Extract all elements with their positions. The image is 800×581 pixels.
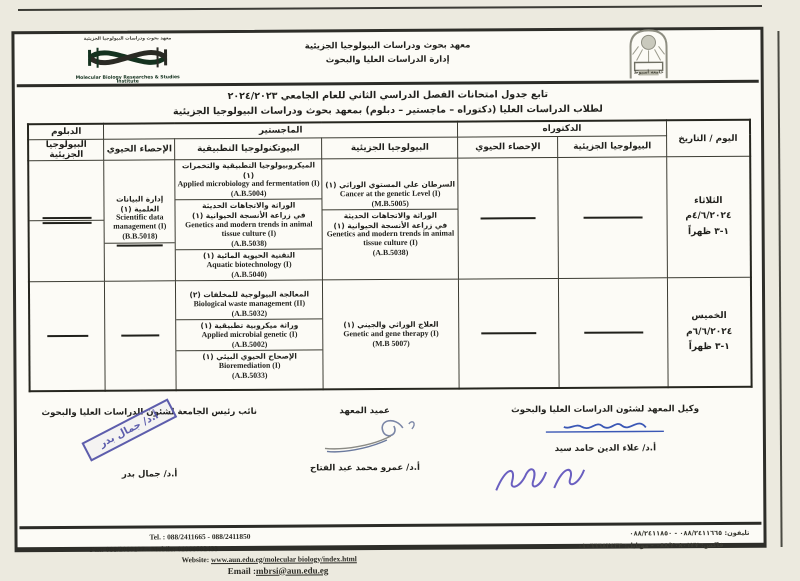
document-header: معهد بحوث ودراسات البيولوجيا الجزيئية Mo… [14, 30, 760, 85]
schedule-title: تابع جدول امتحانات الفصل الدراسي الثاني … [15, 87, 761, 121]
course-applied-microbial-genetic: وراثة ميكروبية تطبيقية (١) Applied micro… [176, 320, 322, 352]
course-genetics-modern-trends: الوراثة والاتجاهات الحديثة في زراعة الأن… [176, 200, 323, 250]
contact-arabic: تليفون: ٠٨٨/٢٤١١٦٦٥ - ٠٨٨/٢٤١١٨٥٠ فاكس: … [448, 528, 750, 554]
contact-footer: Tel. : 088/2411665 - 088/2411850 Fax: 08… [17, 525, 763, 579]
email-line: Email :mbrsi@aun.edu.eg [228, 563, 449, 578]
header-phd-molecular: البيولوجيا الجزيئية [558, 136, 666, 158]
table-row-thursday: الخميس ٦/٦/٢٠٢٤م ١-٣ ظهراً العلاج الوراث… [29, 277, 752, 391]
title-line2: لطلاب الدراسات العليا (دكتوراه – ماجستير… [15, 101, 761, 120]
cell-tue-phd-molecular-empty [558, 157, 667, 279]
empty-dash [481, 217, 536, 219]
course-genetics-modern-trends: الوراثة والاتجاهات الحديثة في زراعة الأن… [323, 210, 458, 259]
header-msc-molecular: البيولوجيا الجزيئية [322, 137, 458, 159]
cell-tue-phd-biostat-empty [458, 157, 559, 279]
website-link: www.aun.edu.eg/molecular biology/index.h… [211, 554, 357, 564]
empty-dash [583, 216, 642, 218]
cell-thu-phd-biostat-empty [459, 278, 560, 389]
header-day-date: اليوم / التاريخ [666, 120, 750, 157]
signature-vice-president: نائب رئيس الجامعة لشئون الدراسات العليا … [31, 407, 269, 520]
vice-dean-title: وكيل المعهد لشئون الدراسات العليا والبحو… [462, 404, 749, 416]
vp-name: أ.د/ جمال بدر [31, 469, 268, 480]
course-cancer-genetic-level: السرطان علي المستوي الوراثي (١) Cancer a… [323, 179, 458, 211]
cell-tue-msc-applied-biotech: الميكروبيولوجيا التطبيقية والتخمرات (١) … [175, 159, 323, 281]
signatures-section: وكيل المعهد لشئون الدراسات العليا والبحو… [31, 404, 750, 520]
empty-dash [482, 332, 537, 334]
dean-signature-icon [313, 416, 417, 463]
course-scientific-data-management: إدارة البيانات العلمية (١) Scientific da… [105, 193, 175, 243]
exam-schedule-table-wrap: اليوم / التاريخ الدكتوراه الماجستير الدب… [27, 119, 753, 392]
signature-dean: عميد المعهد أ.د/ عمرو محمد عبد الفتاح [268, 406, 463, 519]
cell-tue-msc-molecular: السرطان علي المستوي الوراثي (١) Cancer a… [322, 158, 458, 280]
empty-dash [121, 335, 159, 337]
vice-dean-name: أ.د/ علاء الدين حامد سيد [462, 443, 749, 455]
cell-thu-msc-biostat-empty [105, 281, 176, 391]
empty-dash [584, 332, 643, 334]
empty-subcell [30, 221, 104, 225]
header-diploma-molecular: البيولوجيا الجزيئية [28, 139, 104, 160]
day-date: ٦/٦/٢٠٢٤م [668, 324, 750, 340]
document-frame: معهد بحوث ودراسات البيولوجيا الجزيئية Mo… [11, 27, 766, 553]
course-applied-microbiology-fermentation: الميكروبيولوجيا التطبيقية والتخمرات (١) … [175, 159, 322, 200]
header-phd-biostat: الإحصاء الحيوي [458, 136, 558, 158]
website-label: Website: [182, 555, 211, 564]
contact-english: Tel. : 088/2411665 - 088/2411850 Fax: 08… [31, 530, 448, 579]
header-group-diploma: الدبلوم [28, 124, 104, 139]
empty-dash [42, 222, 91, 224]
course-aquatic-biotechnology: التقنية الحيوية المائية (١) Aquatic biot… [176, 249, 322, 280]
course-bioremediation: الإصحاح الحيوي البيئي (١) Bioremediation… [176, 351, 322, 382]
exam-schedule-table: اليوم / التاريخ الدكتوراه الماجستير الدب… [27, 119, 753, 392]
university-emblem: جامعة أسيوط [622, 24, 674, 84]
cell-tue-msc-biostat: إدارة البيانات العلمية (١) Scientific da… [104, 160, 175, 281]
day-name: الخميس [668, 309, 750, 325]
table-row-tuesday: الثلاثاء ٤/٦/٢٠٢٤م ١-٣ ظهراً السرطان علي… [28, 156, 751, 281]
header-msc-applied-biotech: البيوتكنولوجيا التطبيقية [175, 138, 322, 160]
empty-subcell [105, 243, 175, 247]
email-link: mbrsi@aun.edu.eg [256, 565, 328, 575]
course-biological-waste-management: المعالجة البيولوجية للمخلفات (٢) Biologi… [176, 289, 322, 321]
scan-edge-line [18, 5, 762, 11]
day-name: الثلاثاء [667, 194, 749, 210]
handwritten-initials-icon [488, 460, 588, 499]
day-time: ١-٣ ظهراً [668, 340, 750, 356]
empty-dash [42, 217, 91, 219]
day-cell-thursday: الخميس ٦/٦/٢٠٢٤م ١-٣ ظهراً [667, 277, 751, 388]
cell-thu-diploma-molecular-empty [29, 281, 106, 391]
cell-thu-msc-molecular: العلاج الوراثي والجيني (١) Genetic and g… [323, 279, 459, 390]
email-label: Email : [228, 566, 256, 576]
vice-dean-signature-icon [540, 415, 670, 444]
day-date: ٤/٦/٢٠٢٤م [667, 209, 749, 225]
day-time: ١-٣ ظهراً [667, 224, 749, 240]
cell-thu-msc-applied-biotech: المعالجة البيولوجية للمخلفات (٢) Biologi… [176, 280, 324, 391]
dean-title: عميد المعهد [268, 406, 462, 417]
fax-line-ar: فاكس: ٠٨٨/٢٠٨٠١٢٧ - موبايل: ٠١٠٦٦٦٨٢٤٣٣ [448, 540, 750, 554]
cell-thu-phd-molecular-empty [559, 278, 668, 389]
day-cell-tuesday: الثلاثاء ٤/٦/٢٠٢٤م ١-٣ ظهراً [666, 156, 750, 277]
header-msc-biostat: الإحصاء الحيوي [104, 139, 175, 160]
institute-logo-caption-en: Molecular Biology Researches & Studies I… [73, 76, 183, 86]
frame-right-double-line [777, 31, 782, 547]
empty-dash [117, 244, 163, 246]
emblem-text: جامعة أسيوط [623, 70, 675, 75]
course-genetic-gene-therapy: العلاج الوراثي والجيني (١) Genetic and g… [324, 319, 459, 350]
header-group-phd: الدكتوراه [458, 121, 667, 137]
empty-dash [47, 335, 88, 337]
signature-vice-dean: وكيل المعهد لشئون الدراسات العليا والبحو… [462, 404, 750, 518]
dean-name: أ.د/ عمرو محمد عبد الفتاح [268, 463, 462, 474]
cell-tue-diploma-molecular-empty [28, 160, 105, 281]
